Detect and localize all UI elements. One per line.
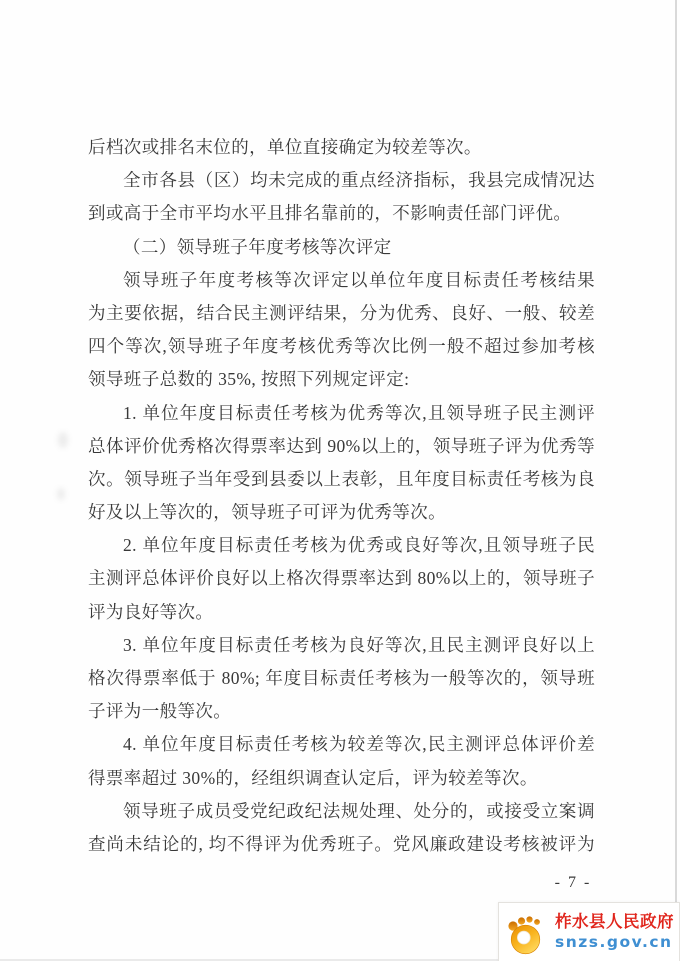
text-line: 查尚未结论的, 均不得评为优秀班子。党风廉政建设考核被评为 [88, 828, 595, 861]
scan-edge-right [675, 0, 677, 961]
gov-site-url: snzs.gov.cn [555, 933, 674, 952]
gov-site-text: 柞水县人民政府 snzs.gov.cn [555, 912, 674, 952]
document-page: 后档次或排名末位的，单位直接确定为较差等次。全市各县（区）均未完成的重点经济指标… [0, 0, 680, 961]
text-line: 4. 单位年度目标责任考核为较差等次,民主测评总体评价差 [88, 728, 595, 761]
text-line: 全市各县（区）均未完成的重点经济指标，我县完成情况达 [88, 164, 595, 197]
gov-site-name: 柞水县人民政府 [555, 912, 674, 932]
text-line: 评为良好等次。 [88, 596, 595, 629]
text-line: 2. 单位年度目标责任考核为优秀或良好等次,且领导班子民 [88, 529, 595, 562]
text-line: 子评为一般等次。 [88, 695, 595, 728]
text-line: 3. 单位年度目标责任考核为良好等次,且民主测评良好以上 [88, 629, 595, 662]
text-line: 主测评总体评价良好以上格次得票率达到 80%以上的，领导班子 [88, 562, 595, 595]
text-line: 总体评价优秀格次得票率达到 90%以上的，领导班子评为优秀等 [88, 430, 595, 463]
scan-artifact [58, 432, 68, 448]
text-line: 次。领导班子当年受到县委以上表彰，且年度目标责任考核为良 [88, 463, 595, 496]
text-line: 格次得票率低于 80%; 年度目标责任考核为一般等次的，领导班 [88, 662, 595, 695]
text-line: 得票率超过 30%的，经组织调查认定后，评为较差等次。 [88, 762, 595, 795]
text-line: 到或高于全市平均水平且排名靠前的，不影响责任部门评优。 [88, 197, 595, 230]
text-line: 领导班子总数的 35%, 按照下列规定评定: [88, 363, 595, 396]
text-line: 领导班子成员受党纪政纪法规处理、处分的，或接受立案调 [88, 795, 595, 828]
footprint-icon [505, 909, 549, 955]
text-line: 四个等次,领导班子年度考核优秀等次比例一般不超过参加考核 [88, 330, 595, 363]
text-line: 后档次或排名末位的，单位直接确定为较差等次。 [88, 131, 595, 164]
text-line: 好及以上等次的，领导班子可评为优秀等次。 [88, 496, 595, 529]
gov-site-logo: 柞水县人民政府 snzs.gov.cn [498, 902, 680, 961]
text-line: （二）领导班子年度考核等次评定 [88, 231, 595, 264]
page-number: - 7 - [540, 874, 606, 892]
scan-artifact [57, 488, 65, 500]
text-line: 为主要依据，结合民主测评结果，分为优秀、良好、一般、较差 [88, 297, 595, 330]
document-body: 后档次或排名末位的，单位直接确定为较差等次。全市各县（区）均未完成的重点经济指标… [88, 131, 595, 861]
text-line: 领导班子年度考核等次评定以单位年度目标责任考核结果 [88, 264, 595, 297]
text-line: 1. 单位年度目标责任考核为优秀等次,且领导班子民主测评 [88, 397, 595, 430]
